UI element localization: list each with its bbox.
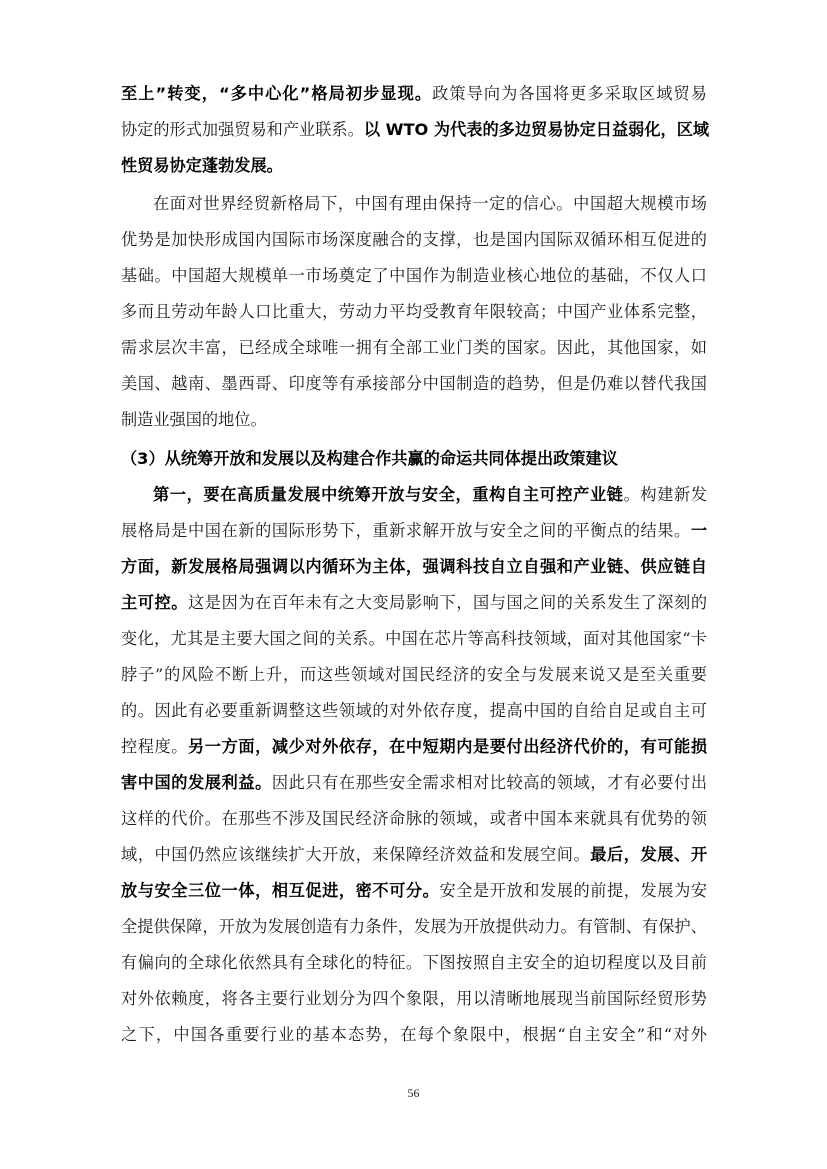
text: 。构建新发 xyxy=(624,485,707,504)
document-page: 至上”转变，“多中心化”格局初步显现。政策导向为各国将更多采取区域贸易协定的形式… xyxy=(0,0,827,1169)
text: 脖子”的风险不断上升，而这些领域对国民经济的安全与发展来说又是至关重要 xyxy=(121,665,707,684)
bold-text: 害中国的发展利益。 xyxy=(121,773,272,792)
text: 政策导向为各国将更多采取区域贸易 xyxy=(432,84,707,103)
bold-text: 以 WTO 为代表的多边贸易协定日益弱化，区域 xyxy=(364,120,709,139)
text-line: 优势是加快形成国内国际市场深度融合的支撑，也是国内国际双循环相互促进的 xyxy=(121,225,707,255)
bold-text: 性贸易协定蓬勃发展。 xyxy=(121,156,283,175)
bold-text: 一 xyxy=(691,521,707,540)
text-line: 这样的代价。在那些不涉及国民经济命脉的领域，或者中国本来就具有优势的领 xyxy=(121,804,707,834)
text: 展格局是中国在新的国际形势下，重新求解开放与安全之间的平衡点的结果。 xyxy=(121,521,691,540)
text-line: 放与安全三位一体，相互促进，密不可分。安全是开放和发展的前提，发展为安 xyxy=(121,876,707,906)
bold-text: 主可控。 xyxy=(121,593,188,612)
bold-text: 放与安全三位一体，相互促进，密不可分。 xyxy=(121,881,439,900)
text-line: 的。因此有必要重新调整这些领域的对外依存度，提高中国的自给自足或自主可 xyxy=(121,696,707,726)
text-line: 域，中国仍然应该继续扩大开放，来保障经济效益和发展空间。最后，发展、开 xyxy=(121,840,707,870)
bold-text: 另一方面，减少对外依存，在中短期内是要付出经济代价的，有可能损 xyxy=(188,737,707,756)
text: 这样的代价。在那些不涉及国民经济命脉的领域，或者中国本来就具有优势的领 xyxy=(121,809,707,828)
bold-text: 最后，发展、开 xyxy=(590,845,707,864)
text: 全提供保障，开放为发展创造有力条件，发展为开放提供动力。有管制、有保护、 xyxy=(121,917,707,936)
text: 优势是加快形成国内国际市场深度融合的支撑，也是国内国际双循环相互促进的 xyxy=(121,230,707,249)
text: 需求层次丰富，已经成全球唯一拥有全部工业门类的国家。因此，其他国家，如 xyxy=(121,338,707,357)
page-number: 56 xyxy=(0,1086,827,1101)
text: 基础。中国超大规模单一市场奠定了中国作为制造业核心地位的基础，不仅人口 xyxy=(121,266,707,285)
text-line: 主可控。这是因为在百年未有之大变局影响下，国与国之间的关系发生了深刻的 xyxy=(121,588,707,618)
text: 在面对世界经贸新格局下，中国有理由保持一定的信心。中国超大规模市场 xyxy=(153,194,707,213)
text-line: 害中国的发展利益。因此只有在那些安全需求相对比较高的领域，才有必要付出 xyxy=(121,768,707,798)
text: 变化，尤其是主要大国之间的关系。中国在芯片等高科技领域，面对其他国家“卡 xyxy=(121,629,707,648)
text: 制造业强国的地位。 xyxy=(121,410,267,429)
text-line: 全提供保障，开放为发展创造有力条件，发展为开放提供动力。有管制、有保护、 xyxy=(121,912,707,942)
text: 美国、越南、墨西哥、印度等有承接部分中国制造的趋势，但是仍难以替代我国 xyxy=(121,374,707,393)
text-line: 需求层次丰富，已经成全球唯一拥有全部工业门类的国家。因此，其他国家，如 xyxy=(121,333,707,363)
text: 有偏向的全球化依然具有全球化的特征。下图按照自主安全的迫切程度以及目前 xyxy=(121,953,707,972)
text-line: 至上”转变，“多中心化”格局初步显现。政策导向为各国将更多采取区域贸易 xyxy=(121,79,707,109)
text: 控程度。 xyxy=(121,737,188,756)
text-line: 之下，中国各重要行业的基本态势，在每个象限中，根据“自主安全”和“对外 xyxy=(121,1020,707,1050)
text-line: 脖子”的风险不断上升，而这些领域对国民经济的安全与发展来说又是至关重要 xyxy=(121,660,707,690)
text: 域，中国仍然应该继续扩大开放，来保障经济效益和发展空间。 xyxy=(121,845,590,864)
text-line: 方面，新发展格局强调以内循环为主体，强调科技自立自强和产业链、供应链自 xyxy=(121,552,707,582)
text-line: 性贸易协定蓬勃发展。 xyxy=(121,151,707,181)
text-line: 有偏向的全球化依然具有全球化的特征。下图按照自主安全的迫切程度以及目前 xyxy=(121,948,707,978)
bold-text: （3）从统筹开放和发展以及构建合作共赢的命运共同体提出政策建议 xyxy=(121,449,618,468)
text-line: 美国、越南、墨西哥、印度等有承接部分中国制造的趋势，但是仍难以替代我国 xyxy=(121,369,707,399)
text-line: 第一，要在高质量发展中统筹开放与安全，重构自主可控产业链。构建新发 xyxy=(153,480,707,510)
bold-text: 至上”转变，“多中心化”格局初步显现。 xyxy=(121,84,432,103)
text-line: 制造业强国的地位。 xyxy=(121,405,707,435)
text-line: 展格局是中国在新的国际形势下，重新求解开放与安全之间的平衡点的结果。一 xyxy=(121,516,707,546)
text: 的。因此有必要重新调整这些领域的对外依存度，提高中国的自给自足或自主可 xyxy=(121,701,707,720)
text-line: 在面对世界经贸新格局下，中国有理由保持一定的信心。中国超大规模市场 xyxy=(153,189,707,219)
text-line: 对外依赖度，将各主要行业划分为四个象限，用以清晰地展现当前国际经贸形势 xyxy=(121,984,707,1014)
text: 之下，中国各重要行业的基本态势，在每个象限中，根据“自主安全”和“对外 xyxy=(121,1025,707,1044)
text-line: 协定的形式加强贸易和产业联系。以 WTO 为代表的多边贸易协定日益弱化，区域 xyxy=(121,115,707,145)
text: 安全是开放和发展的前提，发展为安 xyxy=(439,881,707,900)
bold-text: 第一，要在高质量发展中统筹开放与安全，重构自主可控产业链 xyxy=(153,485,624,504)
text-line: 基础。中国超大规模单一市场奠定了中国作为制造业核心地位的基础，不仅人口 xyxy=(121,261,707,291)
text-line: 变化，尤其是主要大国之间的关系。中国在芯片等高科技领域，面对其他国家“卡 xyxy=(121,624,707,654)
bold-text: 方面，新发展格局强调以内循环为主体，强调科技自立自强和产业链、供应链自 xyxy=(121,557,707,576)
text-line: 多而且劳动年龄人口比重大，劳动力平均受教育年限较高；中国产业体系完整， xyxy=(121,297,707,327)
text: 这是因为在百年未有之大变局影响下，国与国之间的关系发生了深刻的 xyxy=(188,593,707,612)
text: 因此只有在那些安全需求相对比较高的领域，才有必要付出 xyxy=(272,773,707,792)
text: 协定的形式加强贸易和产业联系。 xyxy=(121,120,364,139)
text-line: 控程度。另一方面，减少对外依存，在中短期内是要付出经济代价的，有可能损 xyxy=(121,732,707,762)
text: 对外依赖度，将各主要行业划分为四个象限，用以清晰地展现当前国际经贸形势 xyxy=(121,989,707,1008)
text: 多而且劳动年龄人口比重大，劳动力平均受教育年限较高；中国产业体系完整， xyxy=(121,302,707,321)
section-heading: （3）从统筹开放和发展以及构建合作共赢的命运共同体提出政策建议 xyxy=(121,444,707,474)
